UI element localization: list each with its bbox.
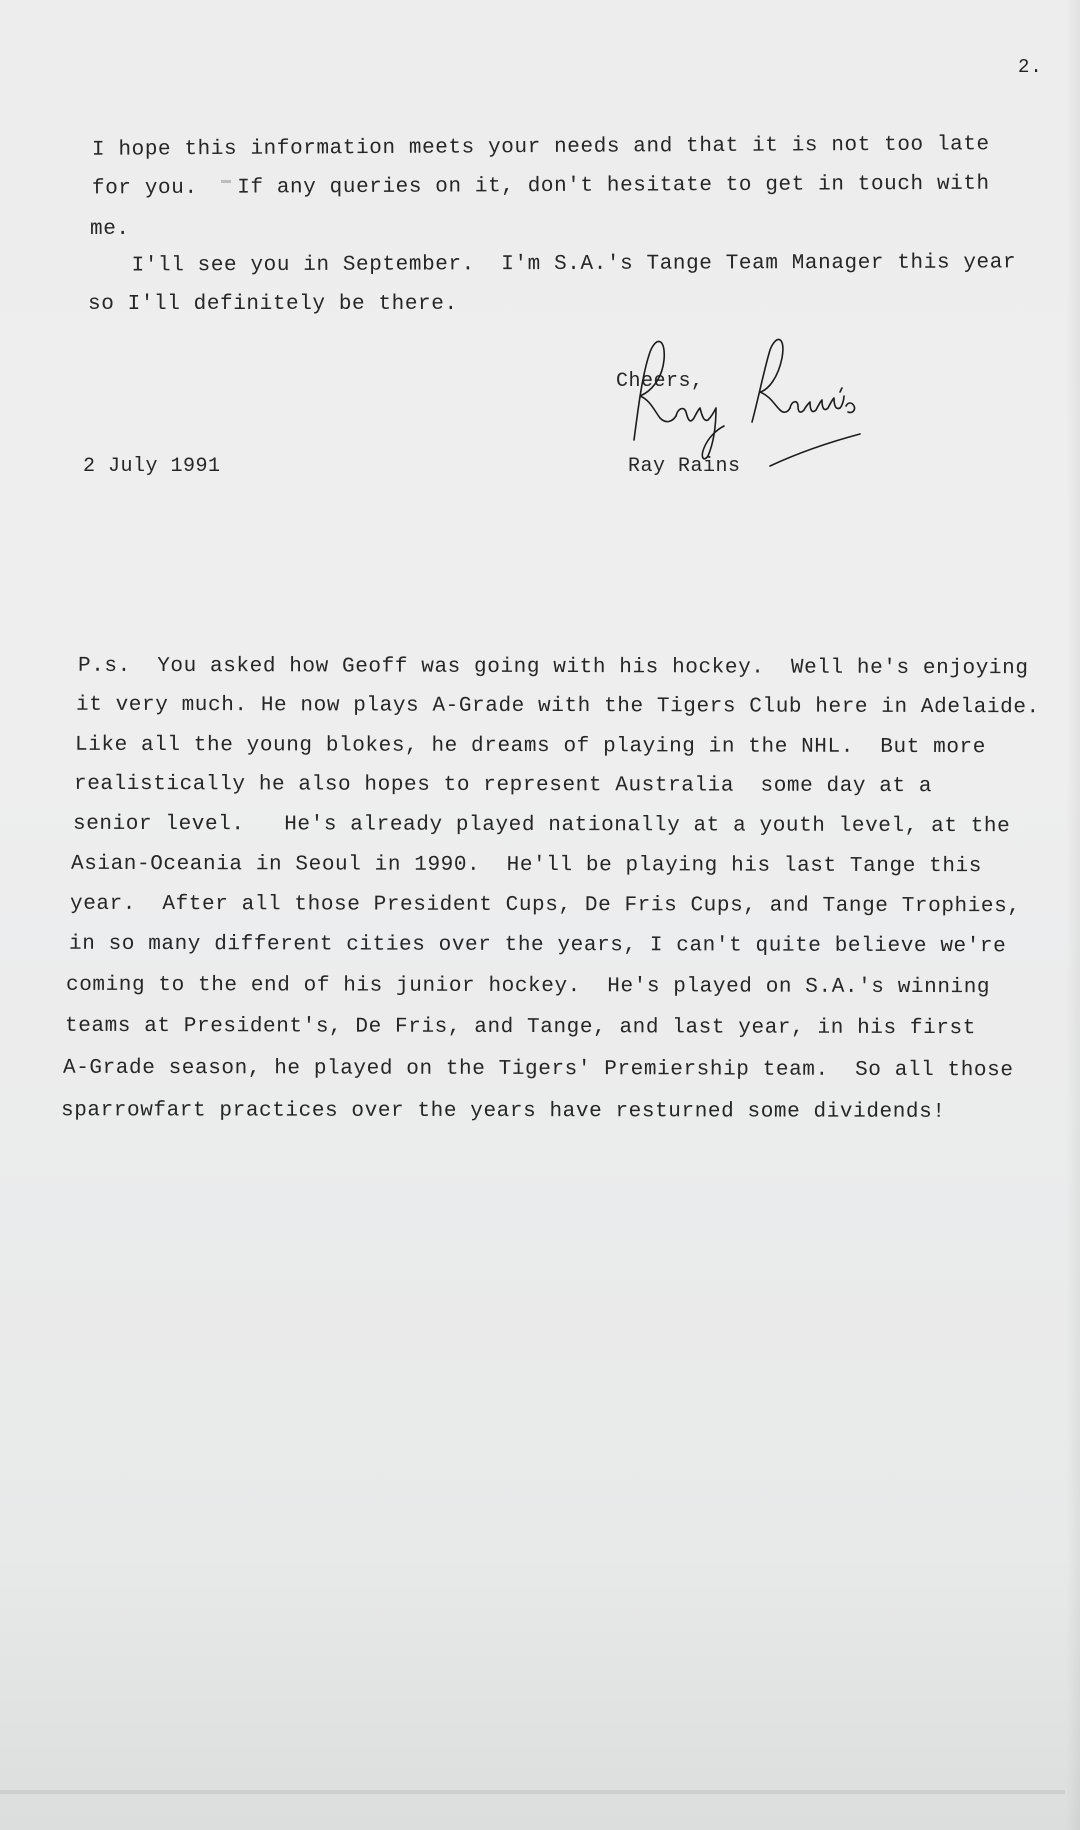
body-line: me. [90, 218, 130, 241]
postscript-line: sparrowfart practices over the years hav… [61, 1099, 946, 1124]
page-fold-line [0, 1790, 1065, 1794]
body-line: I'll see you in September. I'm S.A.'s Ta… [92, 251, 1016, 277]
postscript-line: Asian-Oceania in Seoul in 1990. He'll be… [71, 853, 982, 878]
body-line: for you. If any queries on it, don't hes… [92, 173, 990, 201]
postscript-line: year. After all those President Cups, De… [70, 893, 1021, 918]
postscript-line: realistically he also hopes to represent… [74, 773, 932, 798]
page-edge-shadow [1066, 0, 1080, 1830]
postscript-line: in so many different cities over the yea… [69, 933, 1006, 958]
page-number: 2. [1018, 56, 1043, 78]
postscript-line: coming to the end of his junior hockey. … [66, 974, 990, 999]
letter-page: 2. I hope this information meets your ne… [0, 0, 1080, 1830]
smudge-mark [221, 180, 231, 183]
typed-signature-name: Ray Rains [628, 455, 741, 478]
letter-date: 2 July 1991 [83, 455, 221, 478]
postscript-line: A-Grade season, he played on the Tigers'… [63, 1057, 1014, 1082]
postscript-line: teams at President's, De Fris, and Tange… [65, 1015, 976, 1040]
postscript-line: Like all the young blokes, he dreams of … [75, 734, 986, 759]
postscript-line: P.s. You asked how Geoff was going with … [78, 655, 1029, 680]
body-line: I hope this information meets your needs… [92, 133, 990, 161]
postscript-line: senior level. He's already played nation… [73, 813, 1010, 838]
body-line: so I'll definitely be there. [88, 293, 458, 316]
postscript-line: it very much. He now plays A-Grade with … [76, 694, 1040, 720]
handwritten-signature [620, 330, 880, 470]
